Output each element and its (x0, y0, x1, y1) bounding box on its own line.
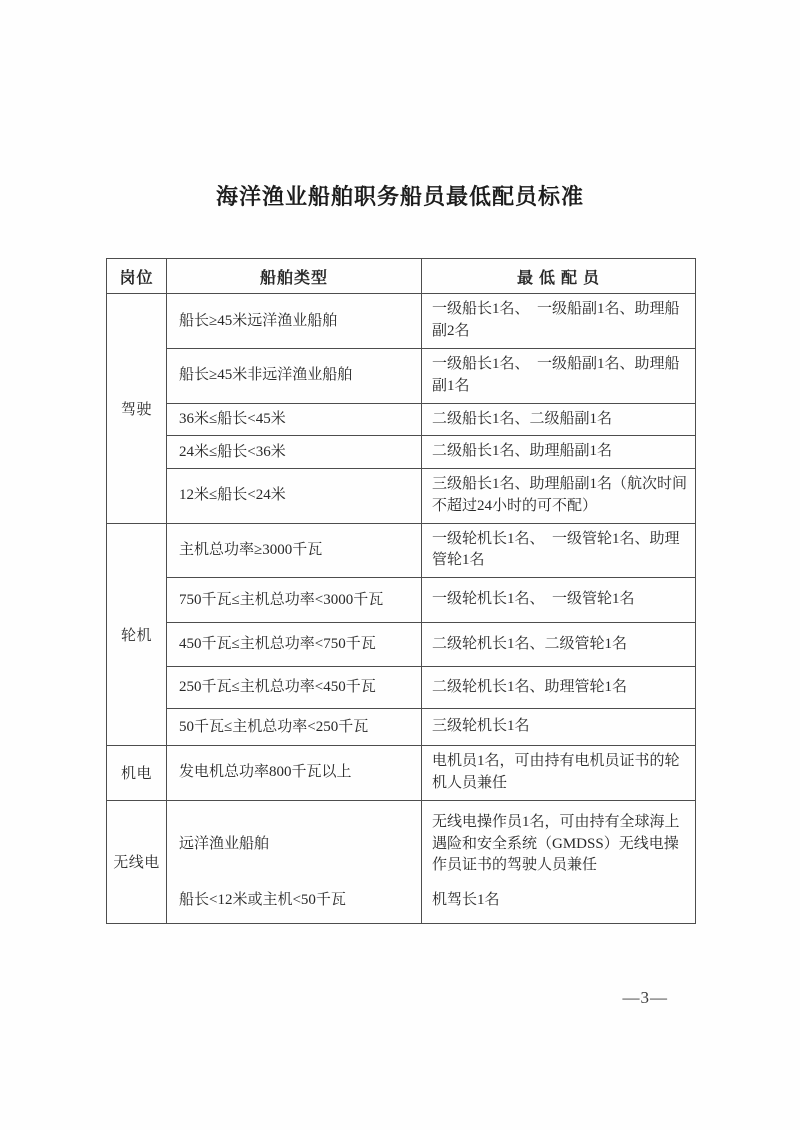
min-crew-cell: 三级船长1名、助理船副1名（航次时间不超过24小时的可不配） (422, 469, 696, 524)
min-crew-cell: 电机员1名，可由持有电机员证书的轮机人员兼任 (422, 746, 696, 801)
vessel-type-cell: 450千瓦≤主机总功率<750千瓦 (167, 623, 422, 667)
position-label-electro: 机电 (107, 746, 167, 801)
table-row: 轮机 主机总功率≥3000千瓦 一级轮机长1名、 一级管轮1名、助理管轮1名 (107, 523, 696, 578)
min-crew-text: 机驾长1名 (432, 890, 500, 912)
col-header-vessel-type: 船舶类型 (167, 259, 422, 294)
table-row: 船长≥45米非远洋渔业船舶 一级船长1名、 一级船副1名、助理船副1名 (107, 349, 696, 404)
table-row: 12米≤船长<24米 三级船长1名、助理船副1名（航次时间不超过24小时的可不配… (107, 469, 696, 524)
page-title: 海洋渔业船舶职务船员最低配员标准 (0, 180, 800, 211)
min-crew-text: 无线电操作员1名，可由持有全球海上遇险和安全系统（GMDSS）无线电操作员证书的… (432, 812, 687, 877)
table-row: 驾驶 船长≥45米远洋渔业船舶 一级船长1名、 一级船副1名、助理船副2名 (107, 294, 696, 349)
table-row: 24米≤船长<36米 二级船长1名、助理船副1名 (107, 436, 696, 469)
manning-table: 岗位 船舶类型 最 低 配 员 驾驶 船长≥45米远洋渔业船舶 一级船长1名、 … (106, 258, 696, 924)
table-row: 50千瓦≤主机总功率<250千瓦 三级轮机长1名 (107, 709, 696, 746)
min-crew-cell: 一级船长1名、 一级船副1名、助理船副2名 (422, 294, 696, 349)
vessel-type-cell: 船长≥45米远洋渔业船舶 (167, 294, 422, 349)
position-label-engine: 轮机 (107, 523, 167, 746)
table-row: 36米≤船长<45米 二级船长1名、二级船副1名 (107, 403, 696, 436)
vessel-type-cell: 24米≤船长<36米 (167, 436, 422, 469)
position-label-driving: 驾驶 (107, 294, 167, 524)
min-crew-cell: 三级轮机长1名 (422, 709, 696, 746)
min-crew-cell: 无线电操作员1名，可由持有全球海上遇险和安全系统（GMDSS）无线电操作员证书的… (422, 800, 696, 923)
table-row: 750千瓦≤主机总功率<3000千瓦 一级轮机长1名、 一级管轮1名 (107, 578, 696, 623)
table-row: 机电 发电机总功率800千瓦以上 电机员1名，可由持有电机员证书的轮机人员兼任 (107, 746, 696, 801)
vessel-type-cell: 12米≤船长<24米 (167, 469, 422, 524)
min-crew-cell: 二级轮机长1名、助理管轮1名 (422, 667, 696, 709)
vessel-type-cell: 发电机总功率800千瓦以上 (167, 746, 422, 801)
table-row: 250千瓦≤主机总功率<450千瓦 二级轮机长1名、助理管轮1名 (107, 667, 696, 709)
table-row: 450千瓦≤主机总功率<750千瓦 二级轮机长1名、二级管轮1名 (107, 623, 696, 667)
col-header-position: 岗位 (107, 259, 167, 294)
vessel-type-cell: 50千瓦≤主机总功率<250千瓦 (167, 709, 422, 746)
page-number: —3— (623, 988, 669, 1008)
min-crew-cell: 一级轮机长1名、 一级管轮1名、助理管轮1名 (422, 523, 696, 578)
position-label-radio: 无线电 (107, 800, 167, 923)
table-row: 无线电 远洋渔业船舶 船长<12米或主机<50千瓦 无线电操作员1名，可由持有全… (107, 800, 696, 923)
min-crew-cell: 一级轮机长1名、 一级管轮1名 (422, 578, 696, 623)
min-crew-cell: 二级船长1名、助理船副1名 (422, 436, 696, 469)
vessel-type-cell: 远洋渔业船舶 船长<12米或主机<50千瓦 (167, 800, 422, 923)
min-crew-cell: 二级船长1名、二级船副1名 (422, 403, 696, 436)
vessel-type-cell: 250千瓦≤主机总功率<450千瓦 (167, 667, 422, 709)
vessel-type-cell: 主机总功率≥3000千瓦 (167, 523, 422, 578)
col-header-min-crew: 最 低 配 员 (422, 259, 696, 294)
vessel-type-cell: 36米≤船长<45米 (167, 403, 422, 436)
vessel-type-text: 船长<12米或主机<50千瓦 (179, 890, 346, 912)
vessel-type-cell: 750千瓦≤主机总功率<3000千瓦 (167, 578, 422, 623)
vessel-type-cell: 船长≥45米非远洋渔业船舶 (167, 349, 422, 404)
min-crew-cell: 二级轮机长1名、二级管轮1名 (422, 623, 696, 667)
document-page: 海洋渔业船舶职务船员最低配员标准 岗位 船舶类型 最 低 配 员 驾驶 船长≥4… (0, 0, 800, 1130)
vessel-type-text: 远洋渔业船舶 (179, 834, 269, 856)
table-header-row: 岗位 船舶类型 最 低 配 员 (107, 259, 696, 294)
min-crew-cell: 一级船长1名、 一级船副1名、助理船副1名 (422, 349, 696, 404)
